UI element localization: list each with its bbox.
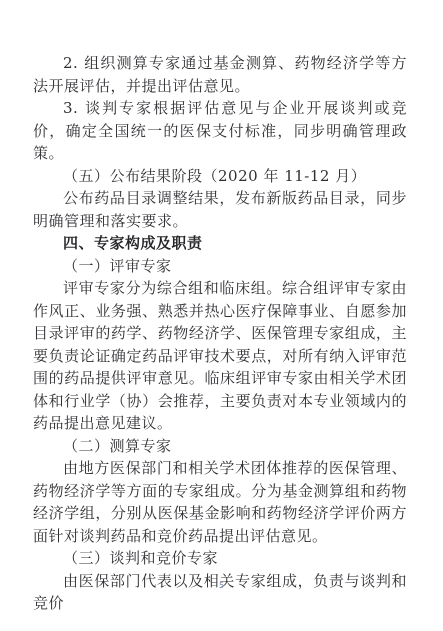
sub-heading-stage-5: （五）公布结果阶段（2020 年 11-12 月） [33, 165, 407, 188]
paragraph-review-experts: 评审专家分为综合组和临床组。综合组评审专家由作风正、业务强、熟悉并热心医疗保障事… [33, 277, 407, 435]
document-page: 2. 组织测算专家通过基金测算、药物经济学等方法开展评估，并提出评估意见。 3.… [0, 0, 443, 631]
paragraph-negotiation-experts: 由医保部门代表以及相关专家组成，负责与谈判和竞价 [33, 570, 407, 615]
sub-heading-negotiation-experts: （三）谈判和竞价专家 [33, 547, 407, 570]
sub-heading-calc-experts: （二）测算专家 [33, 435, 407, 458]
page-number: 5 [0, 581, 443, 591]
document-body: 2. 组织测算专家通过基金测算、药物经济学等方法开展评估，并提出评估意见。 3.… [33, 52, 407, 615]
paragraph-publish-results: 公布药品目录调整结果，发布新版药品目录，同步明确管理和落实要求。 [33, 187, 407, 232]
paragraph-step-3: 3. 谈判专家根据评估意见与企业开展谈判或竞价，确定全国统一的医保支付标准，同步… [33, 97, 407, 165]
paragraph-step-2: 2. 组织测算专家通过基金测算、药物经济学等方法开展评估，并提出评估意见。 [33, 52, 407, 97]
paragraph-calc-experts: 由地方医保部门和相关学术团体推荐的医保管理、药物经济学等方面的专家组成。分为基金… [33, 457, 407, 547]
sub-heading-review-experts: （一）评审专家 [33, 255, 407, 278]
section-heading-experts: 四、专家构成及职责 [33, 232, 407, 255]
